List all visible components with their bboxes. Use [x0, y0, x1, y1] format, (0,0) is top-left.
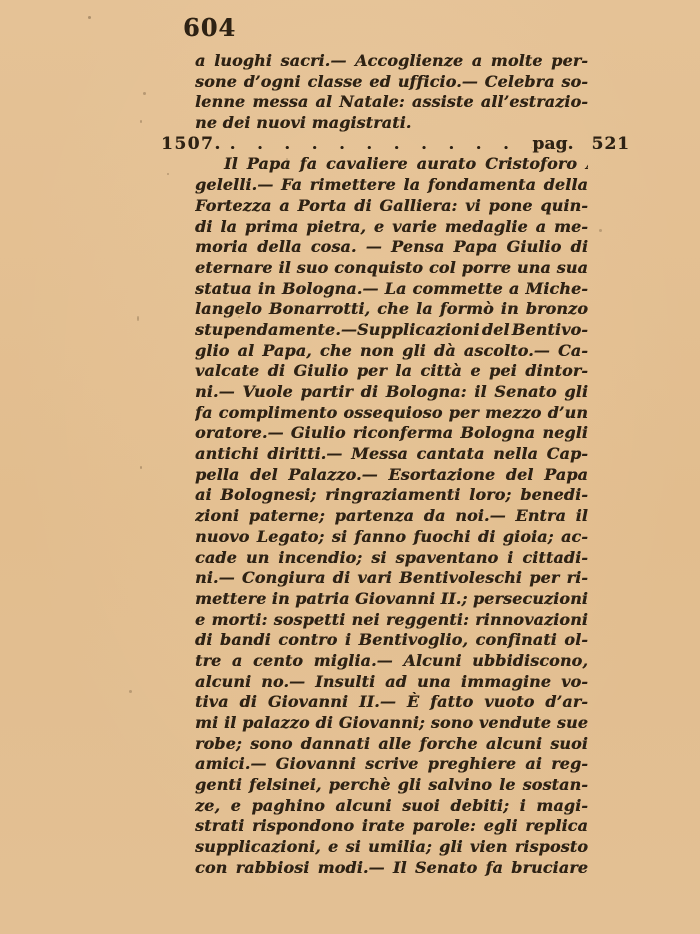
text-line: eternare il suo conquisto col porre una …	[195, 258, 588, 279]
ink-speck	[88, 16, 91, 19]
text-line: di bandi contro i Bentivoglio, confinati…	[195, 630, 588, 651]
ink-speck	[129, 690, 132, 693]
text-line: Fortezza a Porta di Galliera: vi pone qu…	[195, 196, 588, 217]
text-line: ze, e paghino alcuni suoi debiti; i magi…	[195, 796, 588, 817]
ink-speck	[167, 173, 169, 175]
text-line: cade un incendio; si spaventano i cittad…	[195, 548, 588, 569]
text-line: genti felsinei, perchè gli salvino le so…	[195, 775, 588, 796]
text-line: glio al Papa, che non gli dà ascolto.— C…	[195, 341, 588, 362]
text-line: langelo Bonarrotti, che la formò in bron…	[195, 299, 588, 320]
text-line: valcate di Giulio per la città e pei din…	[195, 361, 588, 382]
text-line: a luoghi sacri.— Accoglienze a molte per…	[195, 51, 588, 72]
text-line: oratore.— Giulio riconferma Bologna negl…	[195, 423, 588, 444]
text-line: e morti: sospetti nei reggenti: rinnovaz…	[195, 610, 588, 631]
text-line: zioni paterne; partenza da noi.— Entra i…	[195, 506, 588, 527]
text-line: supplicazioni, e si umilia; gli vien ris…	[195, 837, 588, 858]
text-line: lenne messa al Natale: assiste all’estra…	[195, 92, 588, 113]
text-line: mi il palazzo di Giovanni; sono vendute …	[195, 713, 588, 734]
text-line: di la prima pietra, e varie medaglie a m…	[195, 217, 588, 238]
text-line: mettere in patria Giovanni II.; persecuz…	[195, 589, 588, 610]
ink-speck	[238, 316, 240, 318]
text-line: alcuni no.— Insulti ad una immagine vo-	[195, 672, 588, 693]
text-line: nuovo Legato; si fanno fuochi di gioia; …	[195, 527, 588, 548]
text-line: fa complimento ossequioso per mezzo d’un	[195, 403, 588, 424]
text-line: statua in Bologna.— La commette a Miche-	[195, 279, 588, 300]
entry-page-value: 521	[592, 134, 631, 155]
text-line: ne dei nuovi magistrati.	[195, 113, 588, 134]
text-line: sone d’ogni classe ed ufficio.— Celebra …	[195, 72, 588, 93]
text-line: gelelli.— Fa rimettere la fondamenta del…	[195, 175, 588, 196]
book-page: 604 a luoghi sacri.— Accoglienze a molte…	[0, 0, 700, 934]
ink-speck	[286, 158, 288, 160]
paragraph-1507: Il Papa fa cavaliere aurato Cristoforo A…	[195, 154, 588, 878]
text-line: strati rispondono irate parole: egli rep…	[195, 816, 588, 837]
index-entry-1507: 1507. . . . . . . . . . . . . pag. 521	[161, 134, 630, 155]
text-line: pella del Palazzo.— Esortazione del Papa	[195, 465, 588, 486]
text-line: moria della cosa. — Pensa Papa Giulio di	[195, 237, 588, 258]
page-number: 604	[183, 13, 236, 42]
dot-leader: . . . . . . . . . . . .	[222, 134, 533, 155]
ink-speck	[599, 229, 602, 232]
text-line: ai Bolognesi; ringraziamenti loro; bened…	[195, 485, 588, 506]
text-line: robe; sono dannati alle forche alcuni su…	[195, 734, 588, 755]
text-line: stupendamente.—Supplicazioni del Bentivo…	[195, 320, 588, 341]
paragraph-continuation: a luoghi sacri.— Accoglienze a molte per…	[195, 51, 588, 134]
text-line: Il Papa fa cavaliere aurato Cristoforo A…	[195, 154, 588, 175]
text-line: amici.— Giovanni scrive preghiere ai reg…	[195, 754, 588, 775]
text-line: ni.— Vuole partir di Bologna: il Senato …	[195, 382, 588, 403]
ink-speck	[143, 92, 146, 95]
text-line: tiva di Giovanni II.— È fatto vuoto d’ar…	[195, 692, 588, 713]
ink-speck	[140, 120, 142, 123]
text-line: con rabbiosi modi.— Il Senato fa bruciar…	[195, 858, 588, 879]
text-line: antichi diritti.— Messa cantata nella Ca…	[195, 444, 588, 465]
text-block: a luoghi sacri.— Accoglienze a molte per…	[195, 51, 588, 879]
ink-speck	[140, 466, 142, 469]
text-line: ni.— Congiura di vari Bentivoleschi per …	[195, 568, 588, 589]
entry-page-label: pag.	[532, 134, 573, 155]
entry-year: 1507.	[161, 134, 222, 155]
text-line: tre a cento miglia.— Alcuni ubbidiscono,	[195, 651, 588, 672]
ink-speck	[137, 316, 139, 321]
